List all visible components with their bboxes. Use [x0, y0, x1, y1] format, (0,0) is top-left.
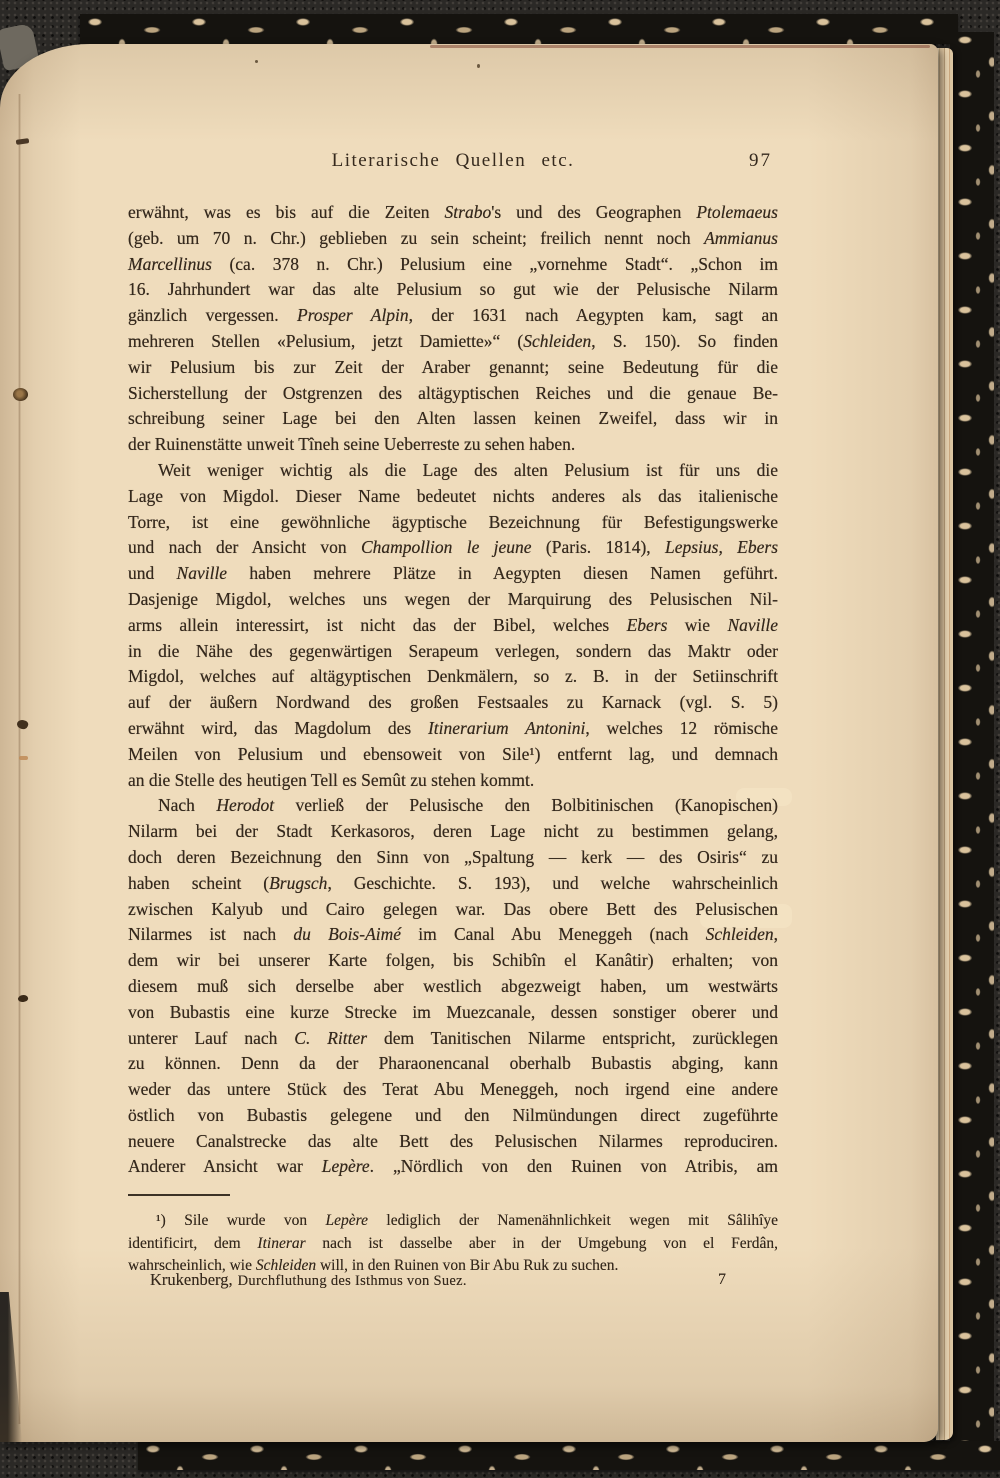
text-line: unterer Lauf nach C. Ritter dem Tanitisc…	[128, 1026, 778, 1052]
text-line: arms allein interessirt, ist nicht das d…	[128, 613, 778, 639]
text-line: Weit weniger wichtig als die Lage des al…	[128, 458, 778, 484]
text-line: haben scheint (Brugsch, Geschichte. S. 1…	[128, 871, 778, 897]
text-line: weder das untere Stück des Terat Abu Men…	[128, 1077, 778, 1103]
text-line: auf der äußern Nordwand des großen Fests…	[128, 690, 778, 716]
text-line: neuere Canalstrecke das alte Bett des Pe…	[128, 1129, 778, 1155]
text-line: von Bubastis eine kurze Strecke im Muezc…	[128, 1000, 778, 1026]
page-number: 97	[749, 150, 772, 172]
text-line: identificirt, dem Itinerar nach ist dass…	[128, 1233, 778, 1256]
text-line: diesem muß sich derselbe aber westlich a…	[128, 974, 778, 1000]
text-line: Nach Herodot verließ der Pelusische den …	[128, 793, 778, 819]
binding-speck	[16, 138, 30, 145]
text-line: zwischen Kalyub und Cairo gelegen war. D…	[128, 897, 778, 923]
running-head: Literarische Quellen etc. 97	[128, 150, 778, 176]
page-stack-edge	[936, 48, 953, 1440]
text-line: Nilarmes ist nach du Bois-Aimé im Canal …	[128, 922, 778, 948]
marbled-edge-right	[950, 32, 994, 1462]
marbled-edge-bottom	[138, 1441, 1000, 1470]
text-line: Marcellinus (ca. 378 n. Chr.) Pelusium e…	[128, 252, 778, 278]
text-line: an die Stelle des heutigen Tell es Semût…	[128, 768, 778, 794]
text-line: 16. Jahrhundert war das alte Pelusium so…	[128, 277, 778, 303]
page-top-tint	[430, 45, 930, 48]
text-line: ¹) Sile wurde von Lepère lediglich der N…	[128, 1210, 778, 1233]
page-title: Literarische Quellen etc.	[128, 150, 778, 172]
text-line: und Naville haben mehrere Plätze in Aegy…	[128, 561, 778, 587]
paper-speck	[477, 64, 480, 68]
book-photo: Literarische Quellen etc. 97 erwähnt, wa…	[0, 0, 1000, 1478]
text-line: schreibung seiner Lage bei den Alten las…	[128, 406, 778, 432]
text-line: zu können. Denn da der Pharaonencanal ob…	[128, 1051, 778, 1077]
paper-speck	[255, 60, 258, 63]
text-line: Meilen von Pelusium und ebensoweit von S…	[128, 742, 778, 768]
body-text: erwähnt, was es bis auf die Zeiten Strab…	[128, 200, 778, 1180]
book-page: Literarische Quellen etc. 97 erwähnt, wa…	[0, 44, 938, 1442]
sheet-number: 7	[718, 1271, 726, 1289]
text-line: in die Nähe des gegenwärtigen Serapeum v…	[128, 639, 778, 665]
text-line: dem wir bei unserer Karte folgen, bis Sc…	[128, 948, 778, 974]
marbled-edge-top	[80, 14, 958, 44]
text-line: (geb. um 70 n. Chr.) geblieben zu sein s…	[128, 226, 778, 252]
footnote-text: ¹) Sile wurde von Lepère lediglich der N…	[128, 1210, 778, 1278]
text-line: Dasjenige Migdol, welches uns wegen der …	[128, 587, 778, 613]
text-line: Sicherstellung der Ostgrenzen des altägy…	[128, 381, 778, 407]
text-line: Torre, ist eine gewöhnliche ägyptische B…	[128, 510, 778, 536]
text-line: der Ruinenstätte unweit Tîneh seine Uebe…	[128, 432, 778, 458]
text-line: gänzlich vergessen. Prosper Alpin, der 1…	[128, 303, 778, 329]
text-line: Lage von Migdol. Dieser Name bedeutet ni…	[128, 484, 778, 510]
text-line: Migdol, welches auf altägyptischen Denkm…	[128, 664, 778, 690]
text-line: östlich von Bubastis gelegene und den Ni…	[128, 1103, 778, 1129]
text-line: wir Pelusium bis zur Zeit der Araber gen…	[128, 355, 778, 381]
text-line: Anderer Ansicht war Lepère. „Nördlich vo…	[128, 1154, 778, 1180]
text-line: mehreren Stellen «Pelusium, jetzt Damiet…	[128, 329, 778, 355]
stitch-hole	[13, 388, 28, 401]
text-line: doch deren Bezeichnung den Sinn von „Spa…	[128, 845, 778, 871]
footnote-rule	[128, 1194, 230, 1196]
binding-speck	[17, 994, 28, 1003]
text-line: Nilarm bei der Stadt Kerkasoros, deren L…	[128, 819, 778, 845]
signature-work-title: Durchfluthung des Isthmus von Suez.	[238, 1273, 467, 1289]
signature-line: Krukenberg,Durchfluthung des Isthmus von…	[150, 1270, 778, 1294]
text-line: erwähnt wird, das Magdolum des Itinerari…	[128, 716, 778, 742]
signature-author: Krukenberg,	[150, 1270, 233, 1289]
paper-flaw	[19, 756, 28, 760]
text-line: erwähnt, was es bis auf die Zeiten Strab…	[128, 200, 778, 226]
text-line: und nach der Ansicht von Champollion le …	[128, 535, 778, 561]
